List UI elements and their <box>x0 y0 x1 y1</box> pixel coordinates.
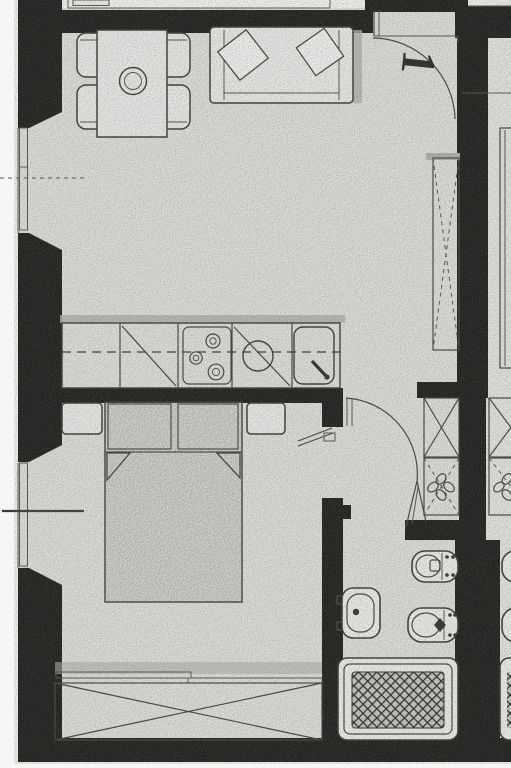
floor-plan-page: 1 <box>0 0 511 768</box>
bed-grain-overlay <box>105 402 242 602</box>
scan-grain-overlay <box>14 0 511 764</box>
floor-plan-svg: 1 <box>0 0 511 768</box>
